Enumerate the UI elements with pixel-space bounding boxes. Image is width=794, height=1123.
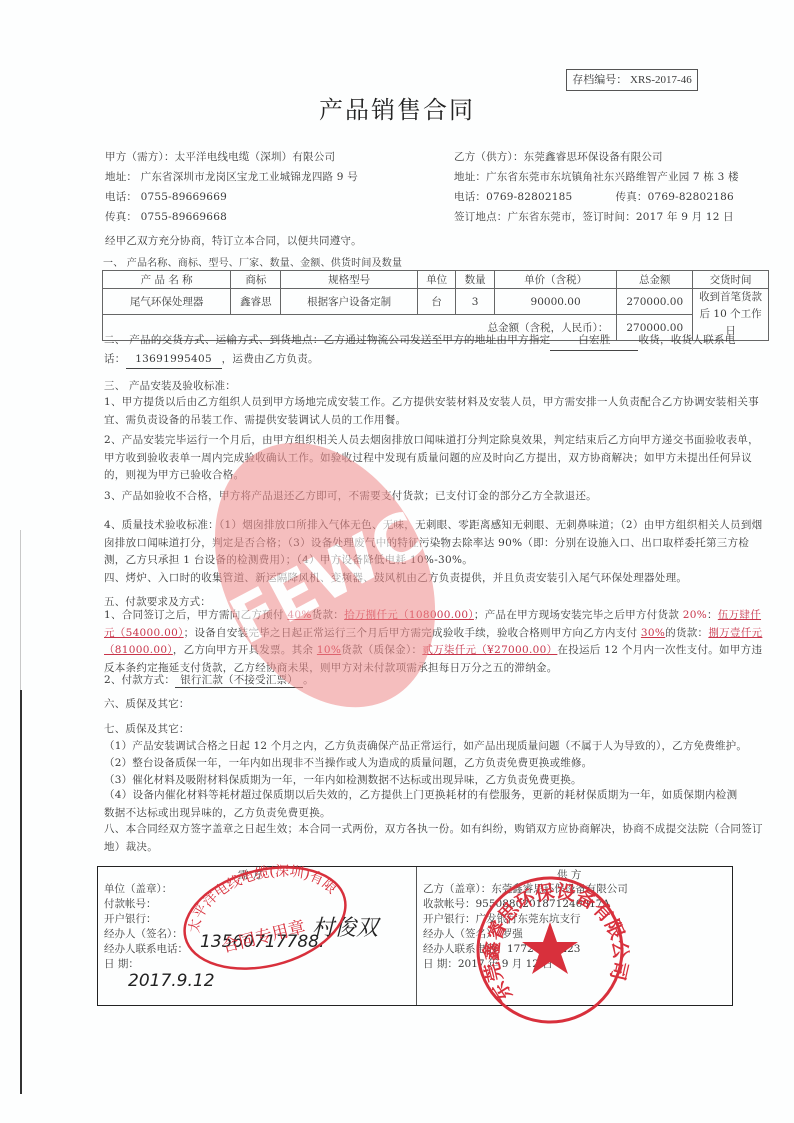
- seller-heading: 供 方: [557, 868, 581, 883]
- handwritten-signature: 村俊双: [312, 921, 378, 936]
- section3-item-4: 4、质量技术验收标准：（1）烟囱排放口所排入气体无色、无味，无刺眼、零距离感知无…: [104, 517, 769, 570]
- payment-method-value: 银行汇款（不接受汇票）: [175, 673, 303, 688]
- table-header-row: 产 品 名 称 商标 规格型号 单位 数量 单价（含税） 总金额 交货时间: [103, 271, 769, 289]
- intro-text: 经甲乙双方充分协商，特订立本合同，以便共同遵守。: [105, 234, 362, 248]
- seller-field: 日 期：2017 年 9 月 12 日: [423, 957, 553, 972]
- party-a-name: 甲方（需方）：太平洋电线电缆（深圳）有限公司: [105, 150, 358, 170]
- col-header: 规格型号: [281, 271, 417, 289]
- text: 货款（质保金）：: [341, 644, 422, 656]
- text: 货款：: [312, 609, 344, 621]
- archive-number-label: 存档编号：: [572, 74, 627, 86]
- party-a-phone: 电话： 0755-89669669: [105, 190, 358, 210]
- payment-pct-2: 20%: [683, 609, 707, 621]
- section3-item-3: 3、产品如验收不合格，甲方将产品退还乙方即可，不需要支付货款；已支付订金的部分乙…: [104, 488, 769, 506]
- section7-item-4: （4）设备内催化材料等耗材超过保质期以后失效的，乙方提供上门更换耗材的有偿服务，…: [104, 787, 744, 822]
- text: 1、合同签订之后，甲方需向乙方预付: [104, 609, 287, 621]
- section3-heading: 三、 产品安装及验收标准：: [104, 379, 236, 393]
- table-row: 尾气环保处理器 鑫睿思 根据客户设备定制 台 3 90000.00 270000…: [103, 289, 769, 315]
- text: ：: [707, 609, 718, 621]
- party-a-fax: 传真： 0755-89669668: [105, 210, 358, 230]
- buyer-field: 日 期：: [104, 957, 139, 972]
- buyer-field: 开户银行：: [104, 912, 157, 927]
- section2: 二、 产品的交货方式、运输方式、到货地点：乙方通过物流公司发送至甲方的地址由甲方…: [104, 332, 769, 369]
- section3-item-2: 2、产品安装完毕运行一个月后，由甲方组织相关人员去烟囱排放口闻味道打分判定除臭效…: [104, 432, 769, 485]
- cell-amount: 270000.00: [617, 289, 693, 315]
- party-b-block: 乙方（供方）：东莞鑫睿思环保设备有限公司 地址：广东省东莞市东坑镇角社东兴路维智…: [454, 150, 739, 230]
- scan-margin-line: [20, 530, 21, 690]
- payment-method-label: 2、付款方式：: [104, 674, 175, 686]
- section2-text: 收货，收货人联系电: [638, 334, 735, 346]
- section7-heading: 七、质保及其它：: [104, 722, 190, 736]
- party-b-sign-place-time: 签订地点：广东省东莞市，签订时间：2017 年 9 月 12 日: [454, 210, 739, 230]
- seller-field: 乙方（盖章）：东莞鑫睿思环保设备有限公司: [423, 882, 628, 897]
- party-b-phone: 电话：0769-82802185: [454, 191, 572, 203]
- receiver-name: 白宏胜: [550, 332, 638, 351]
- section7-item-2: （2）整台设备质保一年，一年内如出现非不当操作或人为造成的质量问题，乙方负责免费…: [104, 756, 592, 770]
- buyer-field: 经办人联系电话：: [104, 942, 188, 957]
- section1-heading: 一、 产品名称、商标、型号、厂家、数量、金额、供货时间及数量: [103, 257, 402, 271]
- text: 的货款：: [665, 627, 708, 639]
- cell-unit-price: 90000.00: [494, 289, 616, 315]
- seller-field: 经办人（签名）：罗强: [423, 927, 523, 942]
- product-table: 产 品 名 称 商标 规格型号 单位 数量 单价（含税） 总金额 交货时间 尾气…: [102, 270, 769, 341]
- text: ；产品在甲方现场安装完毕之后甲方付货款: [474, 609, 683, 621]
- handwritten-phone: 13560717788.: [200, 935, 324, 950]
- buyer-signature-block: 需 方 单位（盖章）： 付款帐号： 开户银行： 经办人（签名）： 经办人联系电话…: [98, 867, 417, 1005]
- seller-field: 经办人联系电话：17727184223: [423, 942, 580, 957]
- section3-item-1: 1、甲方提货以后由乙方组织人员到甲方场地完成安装工作。乙方提供安装材料及安装人员…: [104, 394, 769, 429]
- payment-amount-1: 拾万捌仟元（108000.00）: [344, 609, 474, 621]
- cell-quantity: 3: [456, 289, 494, 315]
- cell-unit: 台: [417, 289, 455, 315]
- buyer-field: 经办人（签名）：: [104, 927, 183, 942]
- party-a-block: 甲方（需方）：太平洋电线电缆（深圳）有限公司 地址： 广东省深圳市龙岗区宝龙工业…: [105, 150, 358, 230]
- section8: 八、本合同经双方签字盖章之日起生效；本合同一式两份，双方各执一份。如有纠纷，购销…: [104, 821, 769, 856]
- col-header: 单价（含税）: [494, 271, 616, 289]
- buyer-field: 单位（盖章）：: [104, 882, 172, 897]
- scan-margin-line: [20, 690, 22, 1094]
- section5-payment-terms: 1、合同签订之后，甲方需向乙方预付 40%货款：拾万捌仟元（108000.00）…: [104, 607, 769, 677]
- col-header: 数量: [456, 271, 494, 289]
- cell-spec: 根据客户设备定制: [281, 289, 417, 315]
- section7-item-3: （3）催化材料及吸附材料保质期为一年，一年内如检测数据不达标或出现异味，乙方负责…: [104, 773, 582, 787]
- archive-number: 存档编号： XRS-2017-46: [566, 69, 698, 91]
- section7-item-1: （1）产品安装调试合格之日起 12 个月之内，乙方负责确保产品正常运行，如产品出…: [104, 739, 747, 753]
- cell-brand: 鑫睿思: [231, 289, 281, 315]
- party-b-address: 地址：广东省东莞市东坑镇角社东兴路维智产业园 7 栋 3 楼: [454, 170, 739, 190]
- payment-pct-4: 10%: [317, 644, 341, 656]
- buyer-field: 付款帐号：: [104, 897, 157, 912]
- section2-text: 二、 产品的交货方式、运输方式、到货地点：乙方通过物流公司发送至甲方的地址由甲方…: [104, 334, 550, 346]
- text: ；设备自安装完毕之日起正常运行三个月后甲方需完成验收手续，验收合格则甲方向乙方内…: [184, 627, 641, 639]
- text: ，乙方向甲方开具发票。其余: [173, 644, 317, 656]
- seller-field: 收款帐号：9550880201871240017A: [423, 897, 610, 912]
- archive-number-value: XRS-2017-46: [630, 74, 692, 86]
- buyer-heading: 需 方: [238, 868, 262, 883]
- party-b-name: 乙方（供方）：东莞鑫睿思环保设备有限公司: [454, 150, 739, 170]
- col-header: 商标: [231, 271, 281, 289]
- party-b-fax: 传真：0769-82802186: [616, 191, 734, 203]
- col-header: 产 品 名 称: [103, 271, 231, 289]
- payment-pct-1: 40%: [287, 609, 311, 621]
- col-header: 单位: [417, 271, 455, 289]
- text: 。: [303, 674, 314, 686]
- handwritten-date: 2017.9.12: [128, 974, 215, 989]
- page-title: 产品销售合同: [0, 90, 794, 125]
- receiver-phone: 13691995405: [126, 351, 222, 370]
- party-a-address: 地址： 广东省深圳市龙岗区宝龙工业城锦龙四路 9 号: [105, 170, 358, 190]
- col-header: 总金额: [617, 271, 693, 289]
- seller-field: 开户银行：广发银行东莞东坑支行: [423, 912, 581, 927]
- section2-text: ，运费由乙方负责。: [222, 353, 319, 365]
- section2-text: 话：: [104, 353, 126, 365]
- col-header: 交货时间: [693, 271, 769, 289]
- signature-table: 需 方 单位（盖章）： 付款帐号： 开户银行： 经办人（签名）： 经办人联系电话…: [97, 866, 733, 1006]
- section4: 四、烤炉、入口时的收集管道、新运隔降风机、变频器、鼓风机由乙方负责提供，并且负责…: [104, 570, 769, 588]
- section6: 六、质保及其它：: [104, 697, 190, 711]
- payment-pct-3: 30%: [641, 627, 665, 639]
- seller-signature-block: 供 方 乙方（盖章）：东莞鑫睿思环保设备有限公司 收款帐号：9550880201…: [417, 867, 732, 1005]
- cell-product-name: 尾气环保处理器: [103, 289, 231, 315]
- payment-amount-4: 贰万柒仟元（¥27000.00）: [422, 644, 557, 656]
- section5-payment-method: 2、付款方式：银行汇款（不接受汇票）。: [104, 673, 314, 688]
